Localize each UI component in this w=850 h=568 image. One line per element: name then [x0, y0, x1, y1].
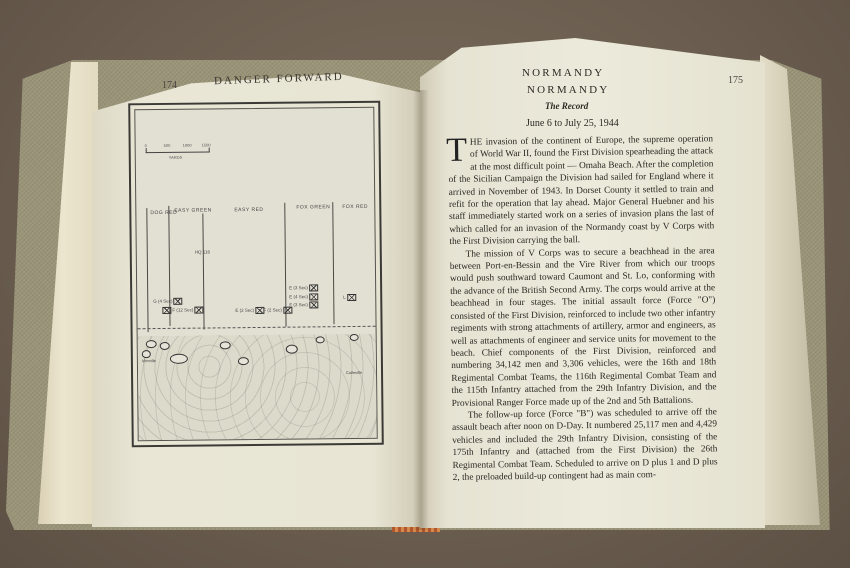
strongpoint-icon	[286, 345, 298, 354]
unit-marker: E (4 Sec)	[289, 293, 319, 300]
infantry-unit-icon	[309, 301, 318, 308]
unit-marker: E (2 Sec)	[235, 307, 265, 314]
unit-label: F (12 Sec)	[172, 307, 193, 312]
sector-label: EASY RED	[234, 207, 263, 213]
unit-label: L	[343, 295, 346, 300]
map-area: 0 500 1000 1500 YARDS DOG RED EASY GREEN…	[134, 107, 377, 441]
unit-marker: F (12 Sec)	[161, 307, 204, 314]
sector-boundary	[332, 202, 334, 324]
unit-marker: L	[343, 294, 357, 301]
strongpoint-icon	[160, 342, 170, 350]
unit-marker: E (3 Sec)	[289, 284, 319, 291]
chapter-dateline: June 6 to July 25, 1944	[526, 118, 619, 129]
sector-label: FOX GREEN	[296, 204, 330, 210]
paragraph: The follow-up force (Force "B") was sche…	[452, 406, 718, 484]
strongpoint-icon	[238, 357, 249, 365]
infantry-unit-icon	[309, 293, 318, 300]
left-page-number: 174	[162, 80, 177, 91]
unit-label: E (3 Sec)	[289, 285, 308, 290]
unit-label: G (4 Sec)	[153, 299, 172, 304]
paragraph: THE invasion of the continent of Europe,…	[448, 133, 715, 248]
unit-label: E (2 Sec)	[235, 308, 254, 313]
terrain	[138, 334, 377, 440]
strongpoint-icon	[316, 336, 325, 343]
infantry-unit-icon	[194, 307, 203, 314]
unit-marker: G (4 Sec)	[153, 298, 183, 305]
strongpoint-icon	[146, 340, 157, 348]
beach-map: 0 500 1000 1500 YARDS DOG RED EASY GREEN…	[128, 101, 384, 448]
place-label: Colleville	[346, 370, 362, 375]
scale-tick: 1000	[183, 143, 192, 148]
right-page-number: 175	[728, 75, 743, 86]
strongpoint-icon	[220, 341, 231, 349]
unit-label: HQ 116	[195, 249, 210, 254]
strongpoint-icon	[350, 334, 359, 341]
scale-unit: YARDS	[169, 155, 183, 160]
paragraph-text: HE invasion of the continent of Europe, …	[449, 134, 715, 247]
chapter-subtitle: The Record	[545, 101, 588, 111]
chapter-body: THE invasion of the continent of Europe,…	[448, 133, 718, 484]
scale-bar	[146, 147, 210, 153]
unit-marker: F (3 Sec)	[289, 301, 319, 308]
infantry-unit-icon	[309, 284, 318, 291]
sector-label: DOG RED	[150, 210, 177, 216]
infantry-unit-icon	[162, 307, 171, 314]
place-label: Vierville	[142, 358, 156, 363]
unit-label: F (3 Sec)	[289, 302, 308, 307]
infantry-unit-icon	[347, 294, 356, 301]
scale-tick: 500	[164, 143, 171, 148]
drop-cap: T	[446, 137, 467, 165]
unit-label: E (4 Sec)	[289, 294, 308, 299]
unit-label: F (2 Sec)	[263, 307, 282, 312]
sector-label: FOX RED	[342, 204, 368, 210]
infantry-unit-icon	[174, 298, 183, 305]
chapter-title: NORMANDY	[527, 84, 609, 96]
paragraph: The mission of V Corps was to secure a b…	[450, 245, 717, 410]
book-gutter	[413, 90, 429, 530]
sector-label: EASY GREEN	[174, 207, 211, 213]
right-running-head: NORMANDY	[522, 67, 604, 79]
strongpoint-icon	[142, 350, 151, 358]
scale-tick: 1500	[202, 142, 211, 147]
sector-boundary	[146, 208, 148, 332]
scale-tick: 0	[145, 143, 147, 148]
